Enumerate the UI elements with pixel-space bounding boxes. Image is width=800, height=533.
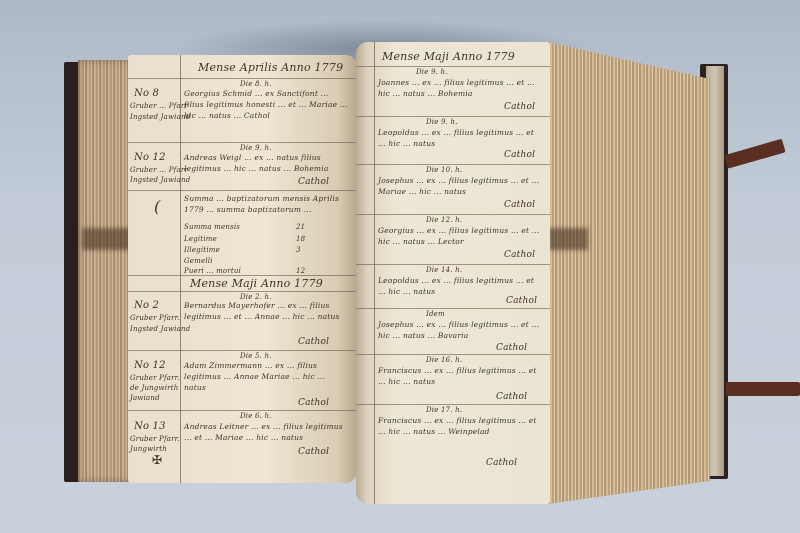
entry-date: Die 9. h. bbox=[240, 144, 272, 152]
entry-text: Joannes ... ex ... filius legitimus ... … bbox=[378, 77, 543, 99]
margin-note: Gruber ... Pfarr bbox=[130, 102, 188, 110]
left-page-edges bbox=[78, 60, 133, 482]
entry-date: Die 9. h. bbox=[426, 118, 458, 126]
entry-number: No 2 bbox=[134, 300, 159, 311]
page-header: Mense Maji Anno 1779 bbox=[382, 50, 515, 63]
row-rule bbox=[356, 308, 550, 309]
entry-text: Josephus ... ex ... filius legitimus ...… bbox=[378, 319, 543, 341]
religion-note: Cathol bbox=[298, 177, 329, 187]
entry-date: Die 9. h. bbox=[416, 68, 448, 76]
row-rule bbox=[128, 78, 356, 79]
entry-text: Franciscus ... ex ... filius legitimus .… bbox=[378, 365, 543, 387]
row-rule bbox=[128, 410, 356, 411]
row-rule bbox=[356, 264, 550, 265]
religion-note: Cathol bbox=[298, 398, 329, 408]
row-rule bbox=[128, 291, 356, 292]
tally-value: 3 bbox=[296, 246, 301, 254]
row-rule bbox=[128, 350, 356, 351]
margin-note: Ingsted Jawiand bbox=[130, 113, 190, 121]
stain bbox=[548, 228, 588, 250]
entry-text: Georgius Schmid ... ex Sanctifont ... fi… bbox=[184, 88, 349, 121]
entry-date: Die 17. h. bbox=[426, 406, 462, 414]
row-rule bbox=[128, 142, 356, 143]
tally-value: 18 bbox=[296, 235, 305, 243]
religion-note: Cathol bbox=[504, 150, 535, 160]
entry-date: Die 14. h. bbox=[426, 266, 462, 274]
tally-label: Gemelli bbox=[184, 257, 213, 265]
right-page-edges bbox=[548, 42, 710, 504]
row-rule bbox=[356, 164, 550, 165]
entry-text: Andreas Leitner ... ex ... filius legiti… bbox=[184, 421, 349, 443]
margin-note: Ingsted Jawiand bbox=[130, 325, 190, 333]
stain bbox=[82, 228, 132, 250]
entry-date: Die 10. h. bbox=[426, 166, 462, 174]
entry-text: Andreas Weigl ... ex ... natus filius le… bbox=[184, 152, 334, 174]
row-rule bbox=[128, 275, 356, 276]
margin-note: de Jungwirth bbox=[130, 384, 178, 392]
religion-note: Cathol bbox=[496, 392, 527, 402]
tally-label: Summa mensis bbox=[184, 223, 240, 231]
margin-note: Gruber Pfarr. bbox=[130, 314, 180, 322]
right-page: Mense Maji Anno 1779 Die 9. h. Joannes .… bbox=[356, 42, 550, 504]
margin-rule bbox=[374, 42, 375, 504]
margin-note: Jungwirth bbox=[130, 445, 167, 453]
entry-date: Die 6. h. bbox=[240, 412, 272, 420]
entry-number: No 13 bbox=[134, 421, 166, 432]
row-rule bbox=[356, 66, 550, 67]
ribbon-bookmark-top bbox=[724, 139, 786, 169]
margin-note: Jawiand bbox=[130, 394, 160, 402]
margin-note: Gruber ... Pfarr bbox=[130, 166, 188, 174]
entry-text: Leopoldus ... ex ... filius legitimus ..… bbox=[378, 275, 543, 297]
entry-text: Bernardus Mayerhofer ... ex ... filius l… bbox=[184, 300, 349, 322]
entry-date: Idem bbox=[426, 310, 445, 318]
tally-label: Legitime bbox=[184, 235, 217, 243]
entry-text: Franciscus ... ex ... filius legitimus .… bbox=[378, 415, 543, 437]
entry-date: Die 12. h. bbox=[426, 216, 462, 224]
entry-date: Die 16. h. bbox=[426, 356, 462, 364]
religion-note: Cathol bbox=[504, 200, 535, 210]
tally-value: 21 bbox=[296, 223, 305, 231]
religion-note: Cathol bbox=[496, 343, 527, 353]
tally-label: Pueri ... mortui bbox=[184, 267, 241, 275]
entry-number: No 12 bbox=[134, 152, 166, 163]
ribbon-bookmark-bottom bbox=[726, 382, 800, 396]
tally-intro: Summa ... baptizatorum mensis Aprilis 17… bbox=[184, 193, 349, 215]
left-page: Mense Aprilis Anno 1779 Die 8. h. No 8 G… bbox=[128, 55, 356, 483]
entry-text: Josephus ... ex ... filius legitimus ...… bbox=[378, 175, 543, 197]
margin-note: Gruber Pfarr. bbox=[130, 374, 180, 382]
religion-note: Cathol bbox=[504, 102, 535, 112]
religion-note: Cathol bbox=[486, 458, 517, 468]
margin-note: Gruber Pfarr. bbox=[130, 435, 180, 443]
religion-note: Cathol bbox=[504, 250, 535, 260]
tally-label: Illegitime bbox=[184, 246, 220, 254]
entry-text: Georgius ... ex ... filius legitimus ...… bbox=[378, 225, 543, 247]
religion-note: Cathol bbox=[298, 337, 329, 347]
margin-note: Ingsted Jawiand bbox=[130, 176, 190, 184]
entry-number: No 8 bbox=[134, 88, 159, 99]
entry-text: Leopoldus ... ex ... filius legitimus ..… bbox=[378, 127, 543, 149]
row-rule bbox=[356, 404, 550, 405]
death-cross-icon: ✠ bbox=[152, 453, 162, 467]
religion-note: Cathol bbox=[506, 296, 537, 306]
page-header: Mense Aprilis Anno 1779 bbox=[198, 61, 343, 74]
row-rule bbox=[356, 354, 550, 355]
bracket-mark: ( bbox=[154, 197, 160, 216]
month-header: Mense Maji Anno 1779 bbox=[190, 277, 323, 290]
row-rule bbox=[356, 214, 550, 215]
row-rule bbox=[356, 116, 550, 117]
entry-date: Die 8. h. bbox=[240, 80, 272, 88]
entry-date: Die 5. h. bbox=[240, 352, 272, 360]
entry-text: Adam Zimmermann ... ex ... filius legiti… bbox=[184, 360, 349, 393]
entry-number: No 12 bbox=[134, 360, 166, 371]
row-rule bbox=[128, 190, 356, 191]
tally-value: 12 bbox=[296, 267, 305, 275]
religion-note: Cathol bbox=[298, 447, 329, 457]
